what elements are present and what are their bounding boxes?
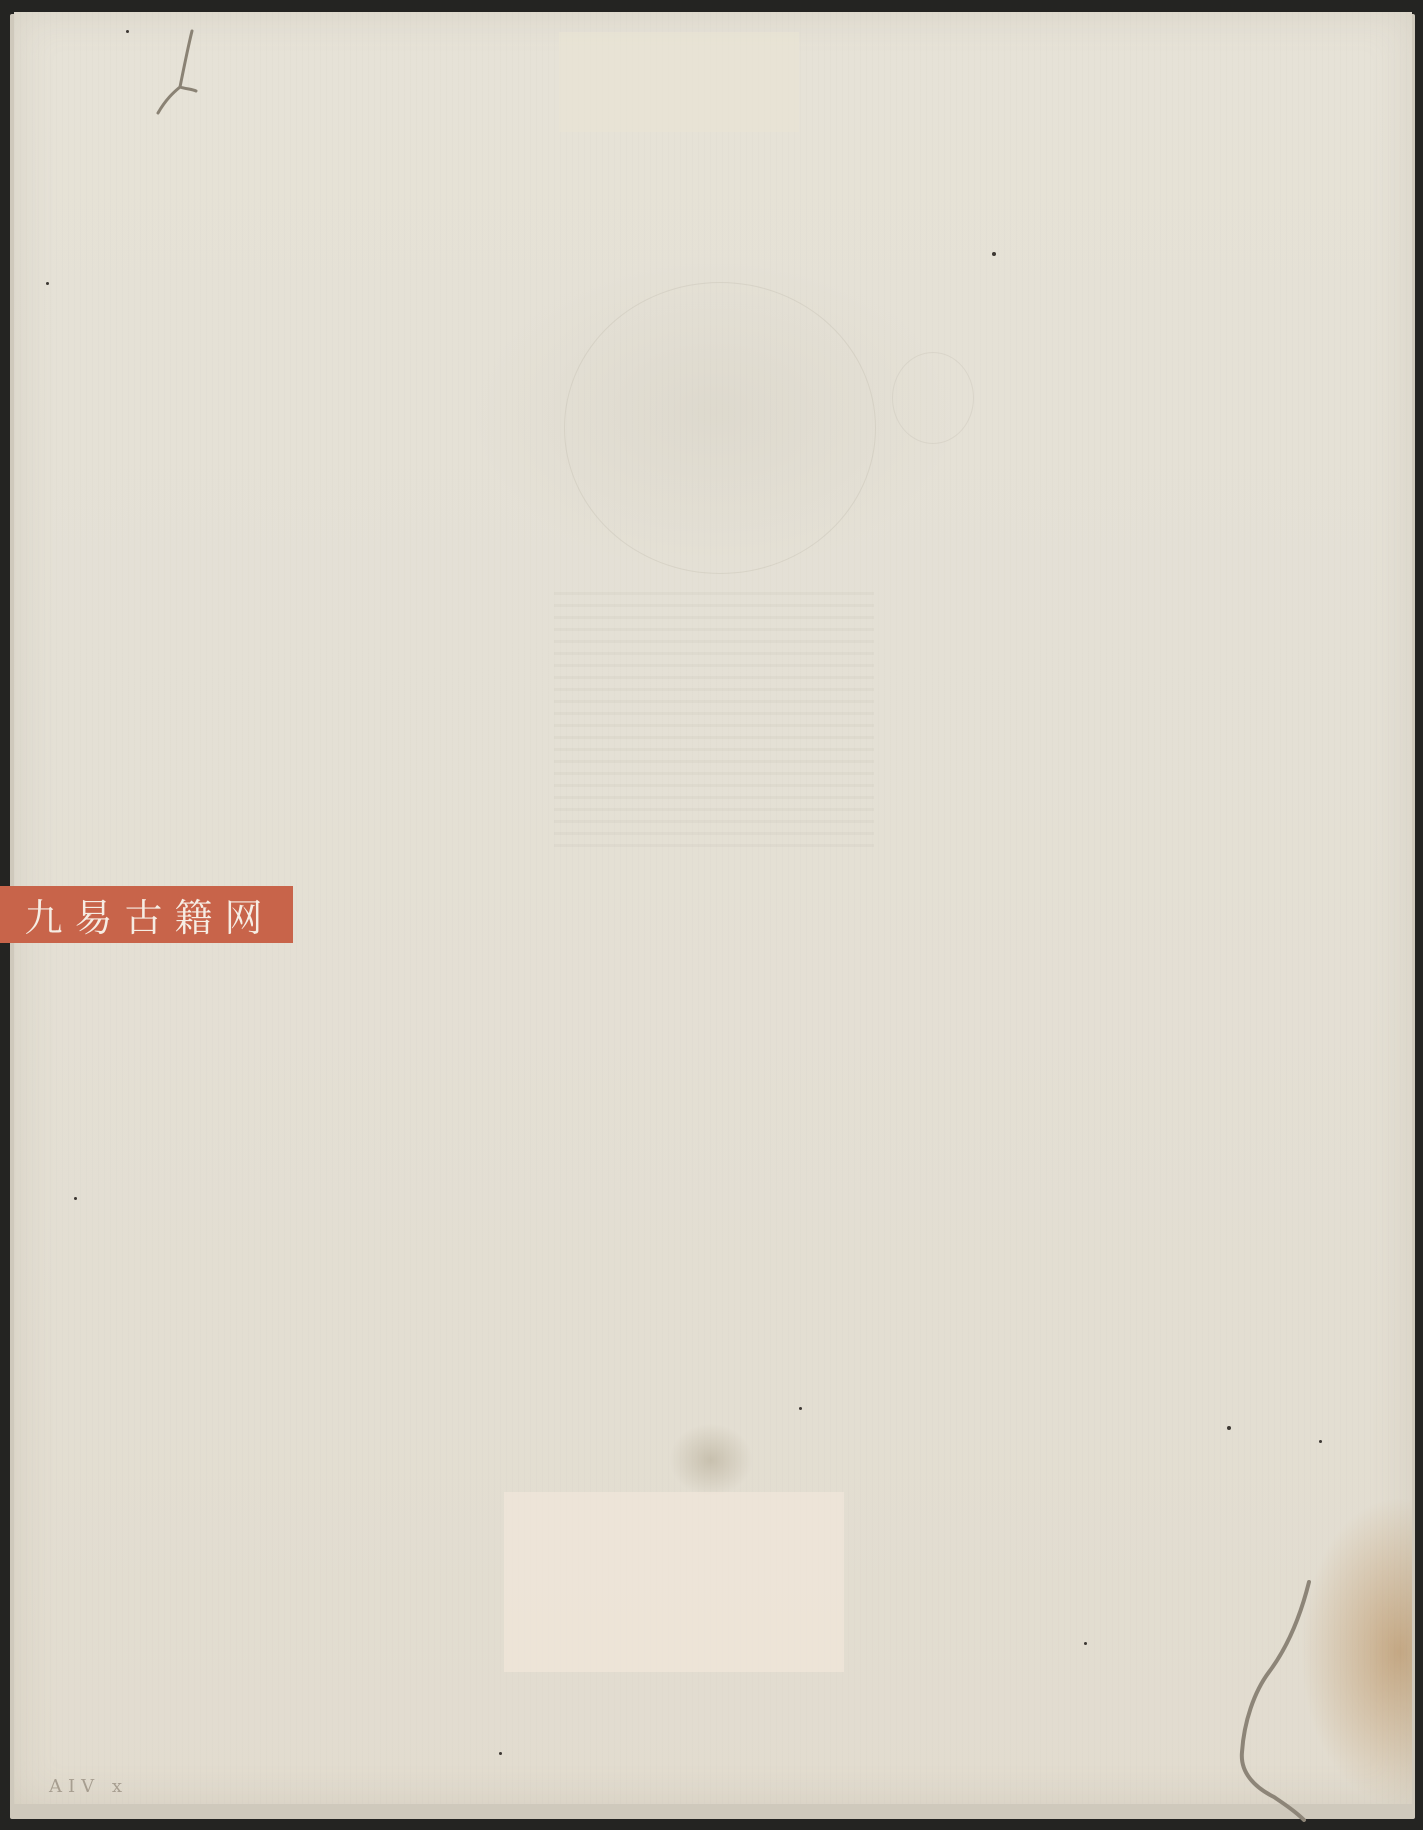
bleed-through-diagram bbox=[564, 282, 876, 574]
speck bbox=[126, 30, 129, 33]
speck bbox=[799, 1407, 802, 1410]
speck bbox=[992, 252, 996, 256]
speck bbox=[46, 282, 49, 285]
speck bbox=[499, 1752, 502, 1755]
speck bbox=[74, 1197, 77, 1200]
speck bbox=[1227, 1426, 1231, 1430]
speck bbox=[1319, 1440, 1322, 1443]
scanned-page: AIV x 九易古籍网 bbox=[0, 0, 1423, 1830]
discolored-patch-top bbox=[559, 32, 799, 132]
speck bbox=[1084, 1642, 1087, 1645]
bleed-through-text-block bbox=[554, 592, 874, 852]
pale-paper-patch bbox=[504, 1492, 844, 1672]
site-watermark-banner: 九易古籍网 bbox=[0, 886, 293, 943]
tear-mark-top-left bbox=[144, 27, 204, 117]
pencil-marks: AIV x bbox=[49, 1776, 128, 1797]
tear-mark-bottom-right bbox=[1214, 1572, 1334, 1822]
bleed-through-small-circle bbox=[892, 352, 974, 444]
